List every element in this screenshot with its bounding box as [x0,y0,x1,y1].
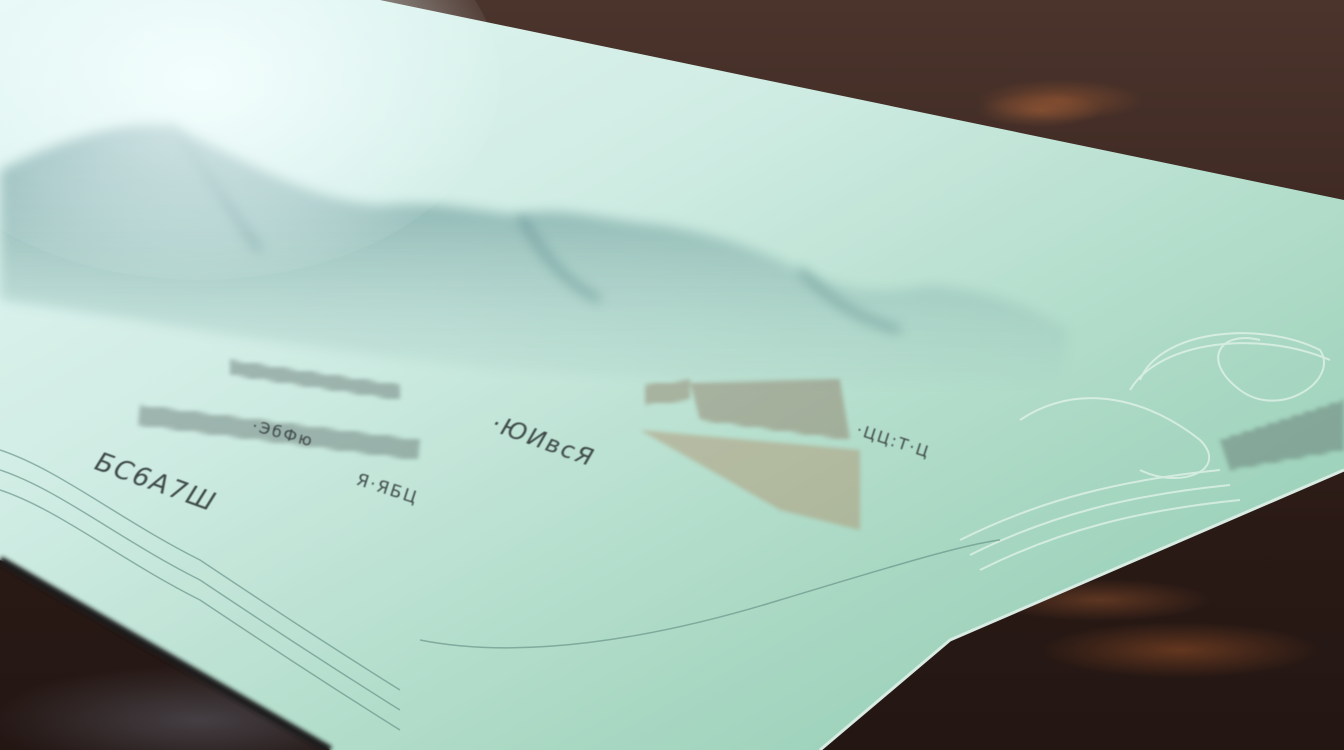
photo-scene: БС6А7Ш ·ЭбФю Я·ЯБЦ ·ЮИвсЯ ·ЦЦ:Т·Ц [0,0,1344,750]
banknote: БС6А7Ш ·ЭбФю Я·ЯБЦ ·ЮИвсЯ ·ЦЦ:Т·Ц [0,0,1344,750]
